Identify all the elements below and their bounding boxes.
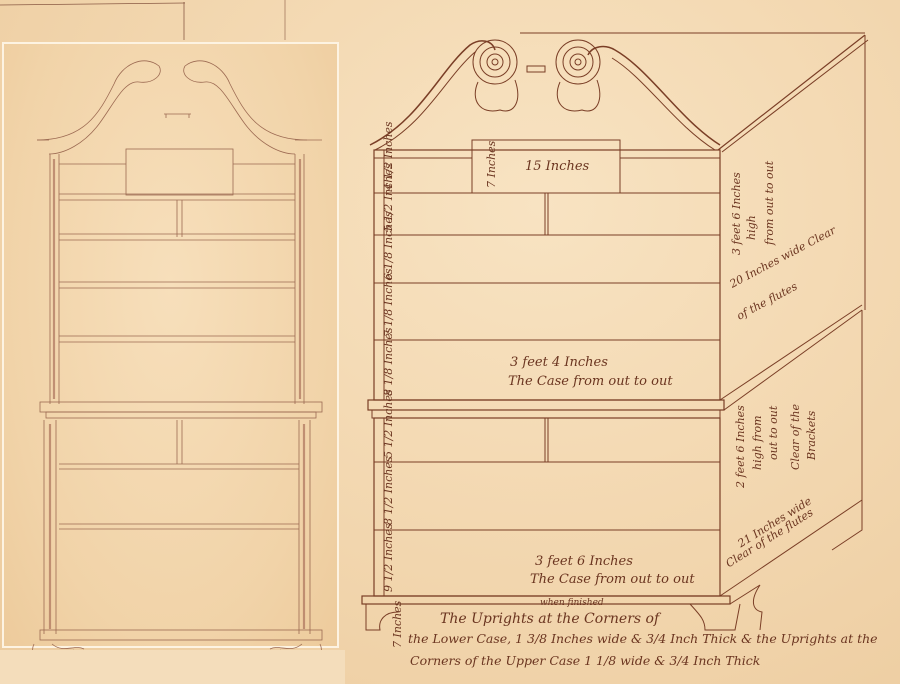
- footnote-insert: when finished: [540, 599, 604, 608]
- lower-drawer-3-height: 9 1/2 Inches: [383, 523, 394, 592]
- lower-case-width-line2: The Case from out to out: [530, 573, 695, 586]
- lower-side-height-line4: Clear of the: [790, 404, 801, 470]
- footnote-line1: The Uprights at the Corners of: [440, 612, 659, 626]
- lower-side-height-line3: out to out: [768, 406, 779, 460]
- footnote-line3: Corners of the Upper Case 1 1/8 wide & 3…: [410, 655, 760, 668]
- lower-case-width-line1: 3 feet 6 Inches: [535, 555, 633, 568]
- lower-side-height-line5: Brackets: [806, 411, 817, 460]
- upper-case-width-line2: The Case from out to out: [508, 375, 673, 388]
- top-drawer-height: 7 Inches: [486, 141, 497, 188]
- lower-side-height-line1: 2 feet 6 Inches: [735, 405, 746, 488]
- top-drawer-width: 15 Inches: [525, 160, 589, 173]
- upper-side-height-line1: 3 feet 6 Inches: [731, 172, 742, 255]
- lower-drawer-2-height: 8 1/2 Inches: [383, 456, 394, 525]
- chest-on-chest-ink-drawing: [0, 0, 900, 684]
- upper-side-height-line2: high: [746, 215, 757, 240]
- foot-height: 7 Inches: [392, 601, 403, 648]
- upper-case-width-line1: 3 feet 4 Inches: [510, 356, 608, 369]
- footnote-line2: the Lower Case, 1 3/8 Inches wide & 3/4 …: [408, 633, 878, 646]
- upper-drawer-5-height: 8 1/8 Inches: [383, 327, 394, 396]
- lower-drawer-1-height: 5 1/2 Inches: [383, 389, 394, 458]
- upper-side-height-line3: from out to out: [764, 161, 775, 245]
- lower-side-height-line2: high from: [752, 415, 763, 470]
